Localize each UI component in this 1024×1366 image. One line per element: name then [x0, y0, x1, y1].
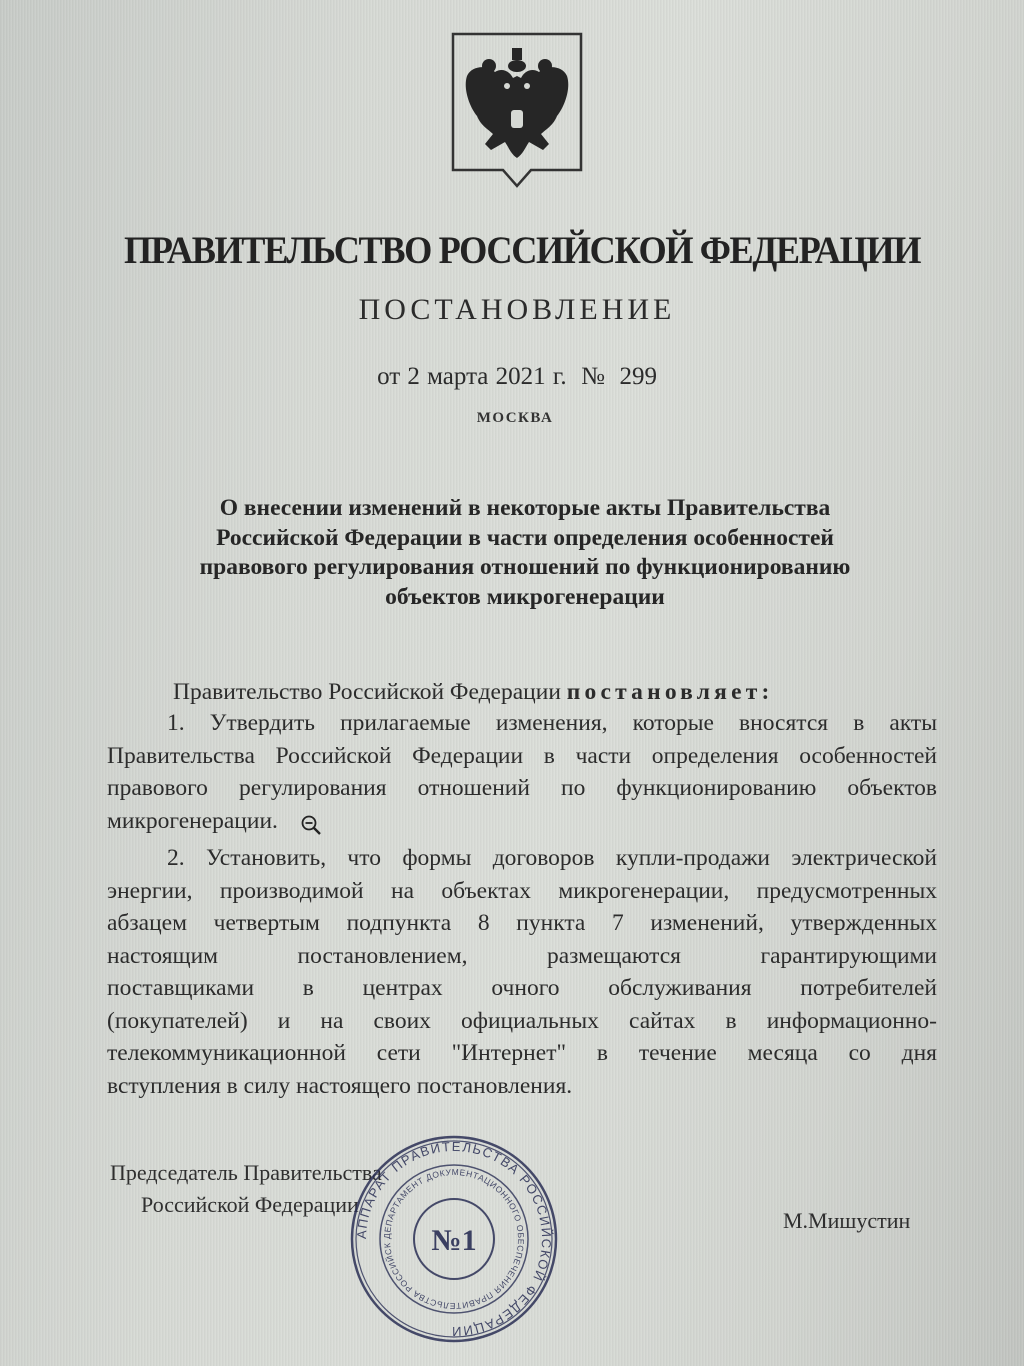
heading-line: О внесении изменений в некоторые акты Пр… [160, 494, 890, 524]
paragraph-2: 2. Установить, что формы договоров купли… [107, 842, 937, 1102]
preamble-text: Правительство Российской Федерации [173, 679, 567, 705]
paragraph-line: 2. Установить, что формы договоров купли… [107, 842, 937, 875]
document-date-number: от 2 марта 2021 г. № 299 [0, 363, 1024, 391]
heading-line: Российской Федерации в части определения… [160, 524, 890, 554]
signer-title-line-1: Председатель Правительства [110, 1160, 382, 1185]
paragraph-line: (покупателей) и на своих официальных сай… [107, 1005, 937, 1038]
paragraph-line: Правительства Российской Федерации в час… [107, 740, 937, 773]
signer-title: Председатель Правительства Российской Фе… [110, 1157, 382, 1221]
document-city: МОСКВА [0, 410, 1024, 427]
paragraph-line: микрогенерации. [107, 805, 937, 838]
paragraph-line: телекоммуникационной сети "Интернет" в т… [107, 1037, 937, 1070]
zoom-out-cursor-icon [300, 814, 322, 836]
heading-line: объектов микрогенерации [160, 583, 890, 613]
document-page: ПРАВИТЕЛЬСТВО РОССИЙСКОЙ ФЕДЕРАЦИИ ПОСТА… [0, 0, 1024, 1366]
paragraph-line: правового регулирования отношений по фун… [107, 772, 937, 805]
paragraph-line: настоящим постановлением, размещаются га… [107, 940, 937, 973]
preamble-resolves: постановляет: [567, 679, 774, 705]
paragraph-line: энергии, производимой на объектах микрог… [107, 875, 937, 908]
document-type: ПОСТАНОВЛЕНИЕ [0, 293, 1024, 327]
paragraph-line: вступления в силу настоящего постановлен… [107, 1070, 937, 1103]
paragraph-line: 1. Утвердить прилагаемые изменения, кото… [107, 707, 937, 740]
coat-of-arms-icon [449, 30, 585, 190]
signer-title-line-2: Российской Федерации [110, 1189, 382, 1221]
seal-center-number: №1 [431, 1224, 476, 1257]
organization-title: ПРАВИТЕЛЬСТВО РОССИЙСКОЙ ФЕДЕРАЦИИ [37, 228, 1008, 273]
signer-name: М.Мишустин [783, 1208, 910, 1234]
paragraph-line: поставщиками в центрах очного обслуживан… [107, 972, 937, 1005]
heading-line: правового регулирования отношений по фун… [160, 553, 890, 583]
paragraph-line: абзацем четвертым подпункта 8 пункта 7 и… [107, 907, 937, 940]
preamble: Правительство Российской Федерации поста… [107, 676, 937, 709]
paragraph-1: 1. Утвердить прилагаемые изменения, кото… [107, 707, 937, 837]
official-seal-icon: АППАРАТ ПРАВИТЕЛЬСТВА РОССИЙСКОЙ ФЕДЕРАЦ… [348, 1133, 560, 1345]
document-heading: О внесении изменений в некоторые акты Пр… [160, 494, 890, 612]
